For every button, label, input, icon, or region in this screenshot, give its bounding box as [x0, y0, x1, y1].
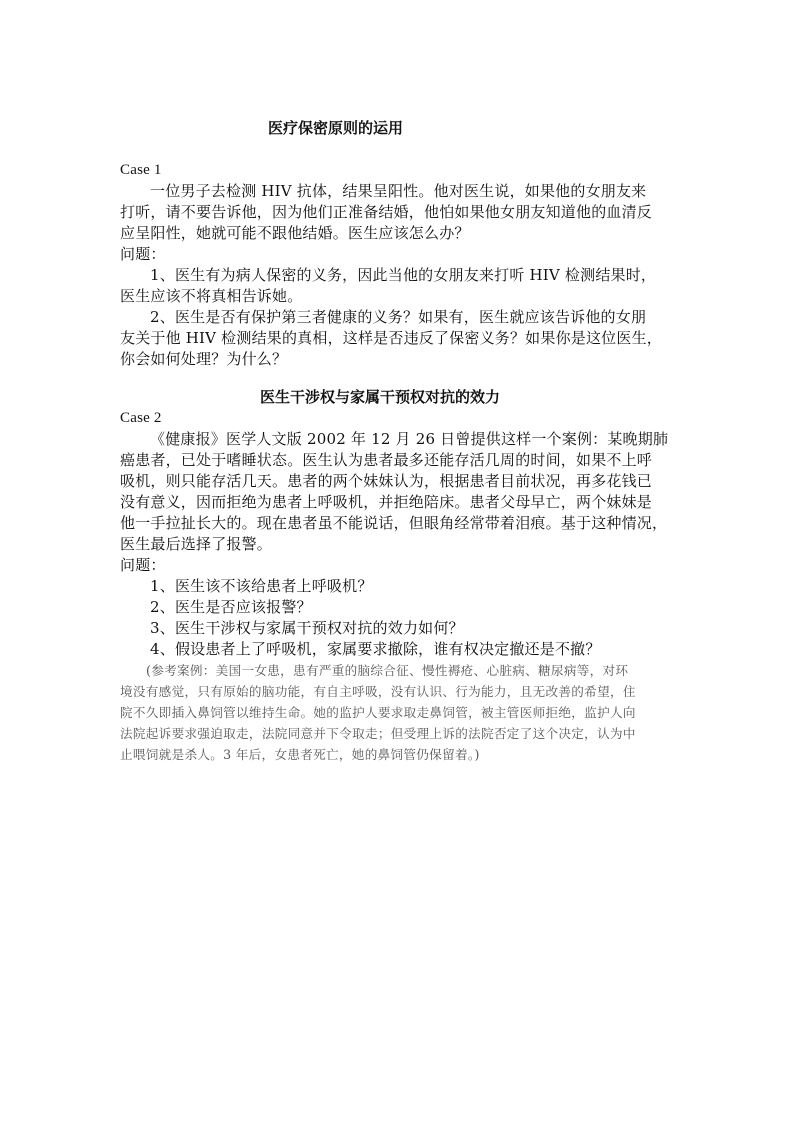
case1-body-line: 一位男子去检测 HIV 抗体，结果呈阳性。他对医生说，如果他的女朋友来 — [150, 181, 646, 202]
question-item: 3、医生干涉权与家属干预权对抗的效力如何？ — [150, 618, 464, 639]
section1-title: 医疗保密原则的运用 — [268, 118, 403, 139]
case1-label: Case 1 — [120, 160, 162, 181]
reference-line: 止喂饲就是杀人。3 年后，女患者死亡，她的鼻饲管仍保留着。) — [120, 744, 480, 765]
reference-line: 院不久即插入鼻饲管以维持生命。她的监护人要求取走鼻饲管，被主管医师拒绝，监护人向 — [120, 702, 636, 723]
case1-questions-label: 问题： — [120, 244, 166, 265]
case2-questions-label: 问题： — [120, 555, 166, 576]
case1-body-line: 打听，请不要告诉他，因为他们正准备结婚，他怕如果他女朋友知道他的血清反 — [120, 202, 652, 223]
question-line: 医生应该不将真相告诉她。 — [120, 286, 302, 307]
reference-line: 法院起诉要求强迫取走，法院同意并下令取走；但受理上诉的法院否定了这个决定，认为中 — [120, 723, 636, 744]
case1-body-line: 应呈阳性，她就可能不跟他结婚。医生应该怎么办？ — [120, 223, 470, 244]
case2-body-line: 癌患者，已处于嗜睡状态。医生认为患者最多还能存活几周的时间，如果不上呼 — [120, 450, 652, 471]
question-item: 1、医生该不该给患者上呼吸机？ — [150, 576, 373, 597]
case2-body-line: 《健康报》医学人文版 2002 年 12 月 26 日曾提供这样一个案例：某晚期… — [150, 429, 668, 450]
case2-label: Case 2 — [120, 408, 162, 429]
question-line: 2、医生是否有保护第三者健康的义务？如果有，医生就应该告诉他的女朋 — [150, 307, 646, 328]
case2-body-line: 他一手拉扯长大的。现在患者虽不能说话，但眼角经常带着泪痕。基于这种情况， — [120, 513, 667, 534]
question-item: 4、假设患者上了呼吸机，家属要求撤除，谁有权决定撤还是不撤？ — [150, 639, 601, 660]
case2-body-line: 吸机，则只能存活几天。患者的两个妹妹认为，根据患者目前状况，再多花钱已 — [120, 471, 652, 492]
case2-body-line: 医生最后选择了报警。 — [120, 534, 272, 555]
case2-body-line: 没有意义，因而拒绝为患者上呼吸机，并拒绝陪床。患者父母早亡，两个妹妹是 — [120, 492, 652, 513]
question-item: 2、医生是否应该报警？ — [150, 597, 312, 618]
question-line: 你会如何处理？为什么？ — [120, 349, 287, 370]
question-line: 1、医生有为病人保密的义务，因此当他的女朋友来打听 HIV 检测结果时， — [150, 265, 656, 286]
reference-line: 境没有感觉，只有原始的脑功能，有自主呼吸，没有认识、行为能力，且无改善的希望，住 — [120, 681, 636, 702]
section2-title: 医生干涉权与家属干预权对抗的效力 — [260, 387, 500, 408]
question-line: 友关于他 HIV 检测结果的真相，这样是否违反了保密义务？如果你是这位医生， — [120, 328, 662, 349]
reference-line: (参考案例：美国一女患，患有严重的脑综合征、慢性褥疮、心脏病、糖尿病等，对环 — [146, 660, 628, 681]
